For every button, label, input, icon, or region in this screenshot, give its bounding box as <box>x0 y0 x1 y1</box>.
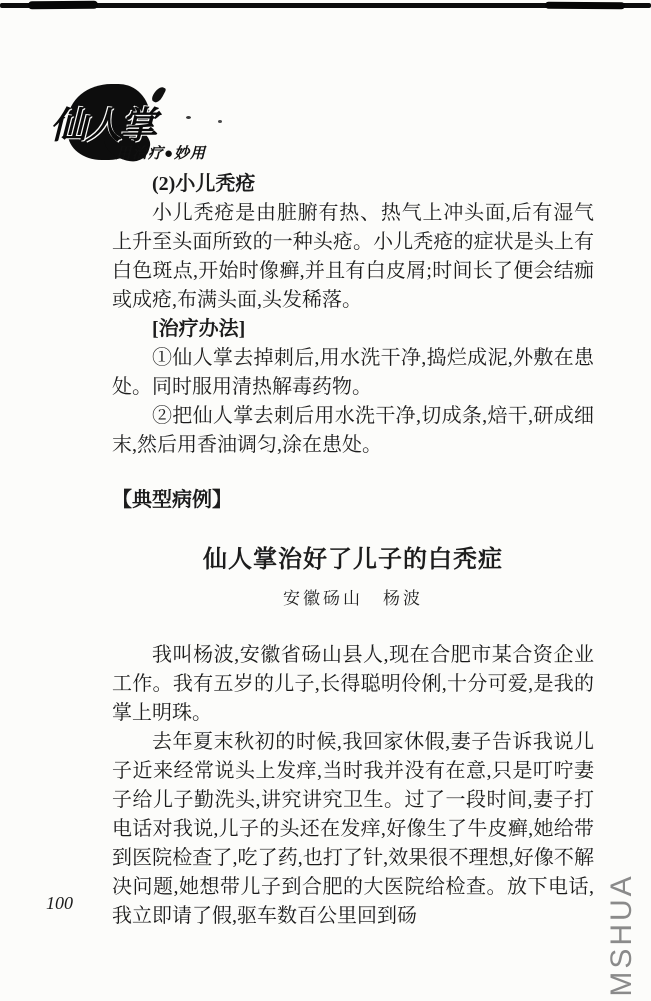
treatment-item: ②把仙人掌去刺后用水洗干净,切成条,焙干,研成细末,然后用香油调匀,涂在患处。 <box>112 402 594 460</box>
section-heading: (2)小儿秃疮 <box>112 170 594 199</box>
case-study-title: 仙人掌治好了儿子的白秃症 <box>112 545 594 575</box>
treatment-item: ①仙人掌去掉刺后,用水洗干净,捣烂成泥,外敷在患处。同时服用清热解毒药物。 <box>112 344 594 402</box>
watermark-text: MSHUA <box>605 873 639 996</box>
scan-edge-artifact <box>0 3 651 8</box>
page-number: 100 <box>46 893 73 914</box>
case-study-author: 安徽砀山 杨波 <box>112 587 594 610</box>
scan-speck <box>218 120 222 123</box>
book-page: 仙人掌 用治疗●妙用 (2)小儿秃疮 小儿秃疮是由脏腑有热、热气上冲头面,后有湿… <box>0 0 651 1001</box>
section-intro-paragraph: 小儿秃疮是由脏腑有热、热气上冲头面,后有湿气上升至头面所致的一种头疮。小儿秃疮的… <box>112 199 594 315</box>
cactus-bud-icon <box>151 85 167 104</box>
book-logo: 仙人掌 用治疗●妙用 <box>50 82 230 174</box>
treatment-heading: [治疗办法] <box>112 315 594 344</box>
case-study-label: 【典型病例】 <box>112 486 594 515</box>
scan-speck <box>186 116 191 119</box>
case-paragraph: 我叫杨波,安徽省砀山县人,现在合肥市某合资企业工作。我有五岁的儿子,长得聪明伶俐… <box>112 641 594 728</box>
text-column: (2)小儿秃疮 小儿秃疮是由脏腑有热、热气上冲头面,后有湿气上升至头面所致的一种… <box>112 170 594 931</box>
case-study-body: 我叫杨波,安徽省砀山县人,现在合肥市某合资企业工作。我有五岁的儿子,长得聪明伶俐… <box>112 641 594 931</box>
logo-title: 仙人掌 <box>50 108 155 146</box>
case-paragraph: 去年夏末秋初的时候,我回家休假,妻子告诉我说儿子近来经常说头上发痒,当时我并没有… <box>112 728 594 931</box>
logo-subtitle: 用治疗●妙用 <box>116 142 206 163</box>
